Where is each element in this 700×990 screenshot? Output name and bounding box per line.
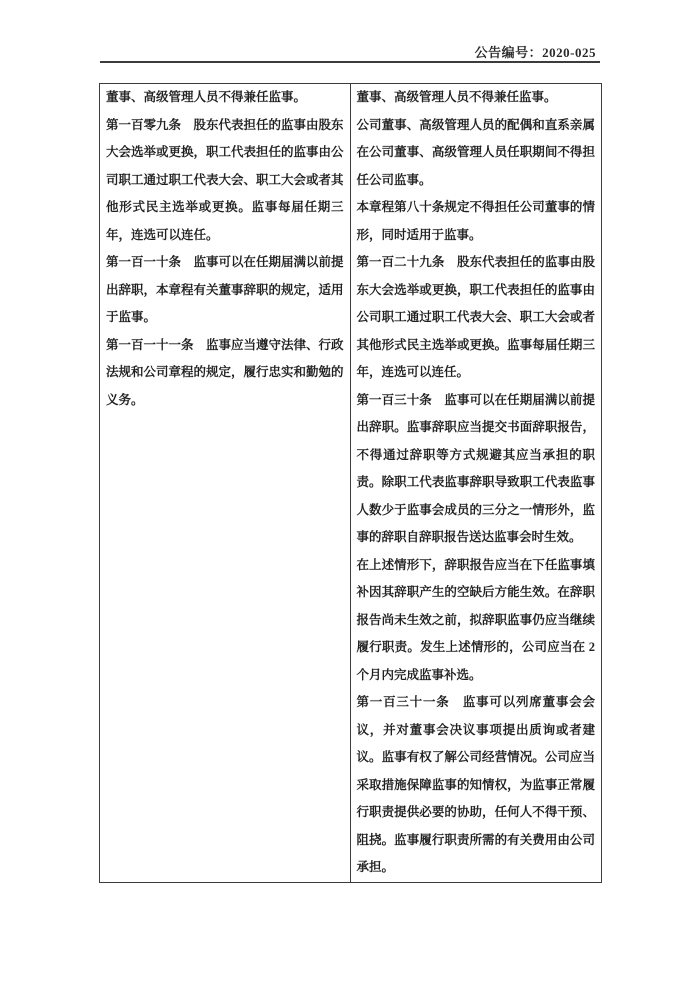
table-column-right: 董事、高级管理人员不得兼任监事。公司董事、高级管理人员的配偶和直系亲属在公司董事… bbox=[351, 84, 602, 882]
header-divider bbox=[100, 61, 600, 63]
paragraph: 监事应当遵守法律、行政法规和公司章程的 bbox=[357, 882, 596, 883]
paragraph: 第一百一十一条 监事应当遵守法律、行政法规和公司章程的规定，履行忠实和勤勉的义务… bbox=[106, 332, 344, 415]
paragraph: 在上述情形下，辞职报告应当在下任监事填补因其辞职产生的空缺后方能生效。在辞职报告… bbox=[357, 552, 596, 690]
paragraph: 董事、高级管理人员不得兼任监事。 bbox=[357, 84, 596, 112]
paragraph: 公司董事、高级管理人员的配偶和直系亲属在公司董事、高级管理人员任职期间不得担任公… bbox=[357, 112, 596, 195]
paragraph: 第一百二十九条 股东代表担任的监事由股东大会选举或更换，职工代表担任的监事由公司… bbox=[357, 249, 596, 387]
paragraph: 第一百三十条 监事可以在任期届满以前提出辞职。监事辞职应当提交书面辞职报告，不得… bbox=[357, 387, 596, 552]
paragraph: 第一百一十条 监事可以在任期届满以前提出辞职，本章程有关董事辞职的规定，适用于监… bbox=[106, 249, 344, 332]
document-page: 公告编号：2020-025 董事、高级管理人员不得兼任监事。第一百零九条 股东代… bbox=[0, 0, 700, 990]
paragraph: 第一百三十一条 监事可以列席董事会会议，并对董事会决议事项提出质询或者建议。监事… bbox=[357, 689, 596, 882]
paragraph: 董事、高级管理人员不得兼任监事。 bbox=[106, 84, 344, 112]
paragraph: 本章程第八十条规定不得担任公司董事的情形，同时适用于监事。 bbox=[357, 194, 596, 249]
announcement-number: 公告编号：2020-025 bbox=[475, 42, 596, 61]
comparison-table: 董事、高级管理人员不得兼任监事。第一百零九条 股东代表担任的监事由股东大会选举或… bbox=[99, 83, 602, 883]
paragraph: 第一百零九条 股东代表担任的监事由股东大会选举或更换，职工代表担任的监事由公司职… bbox=[106, 112, 344, 250]
table-column-left: 董事、高级管理人员不得兼任监事。第一百零九条 股东代表担任的监事由股东大会选举或… bbox=[100, 84, 351, 882]
